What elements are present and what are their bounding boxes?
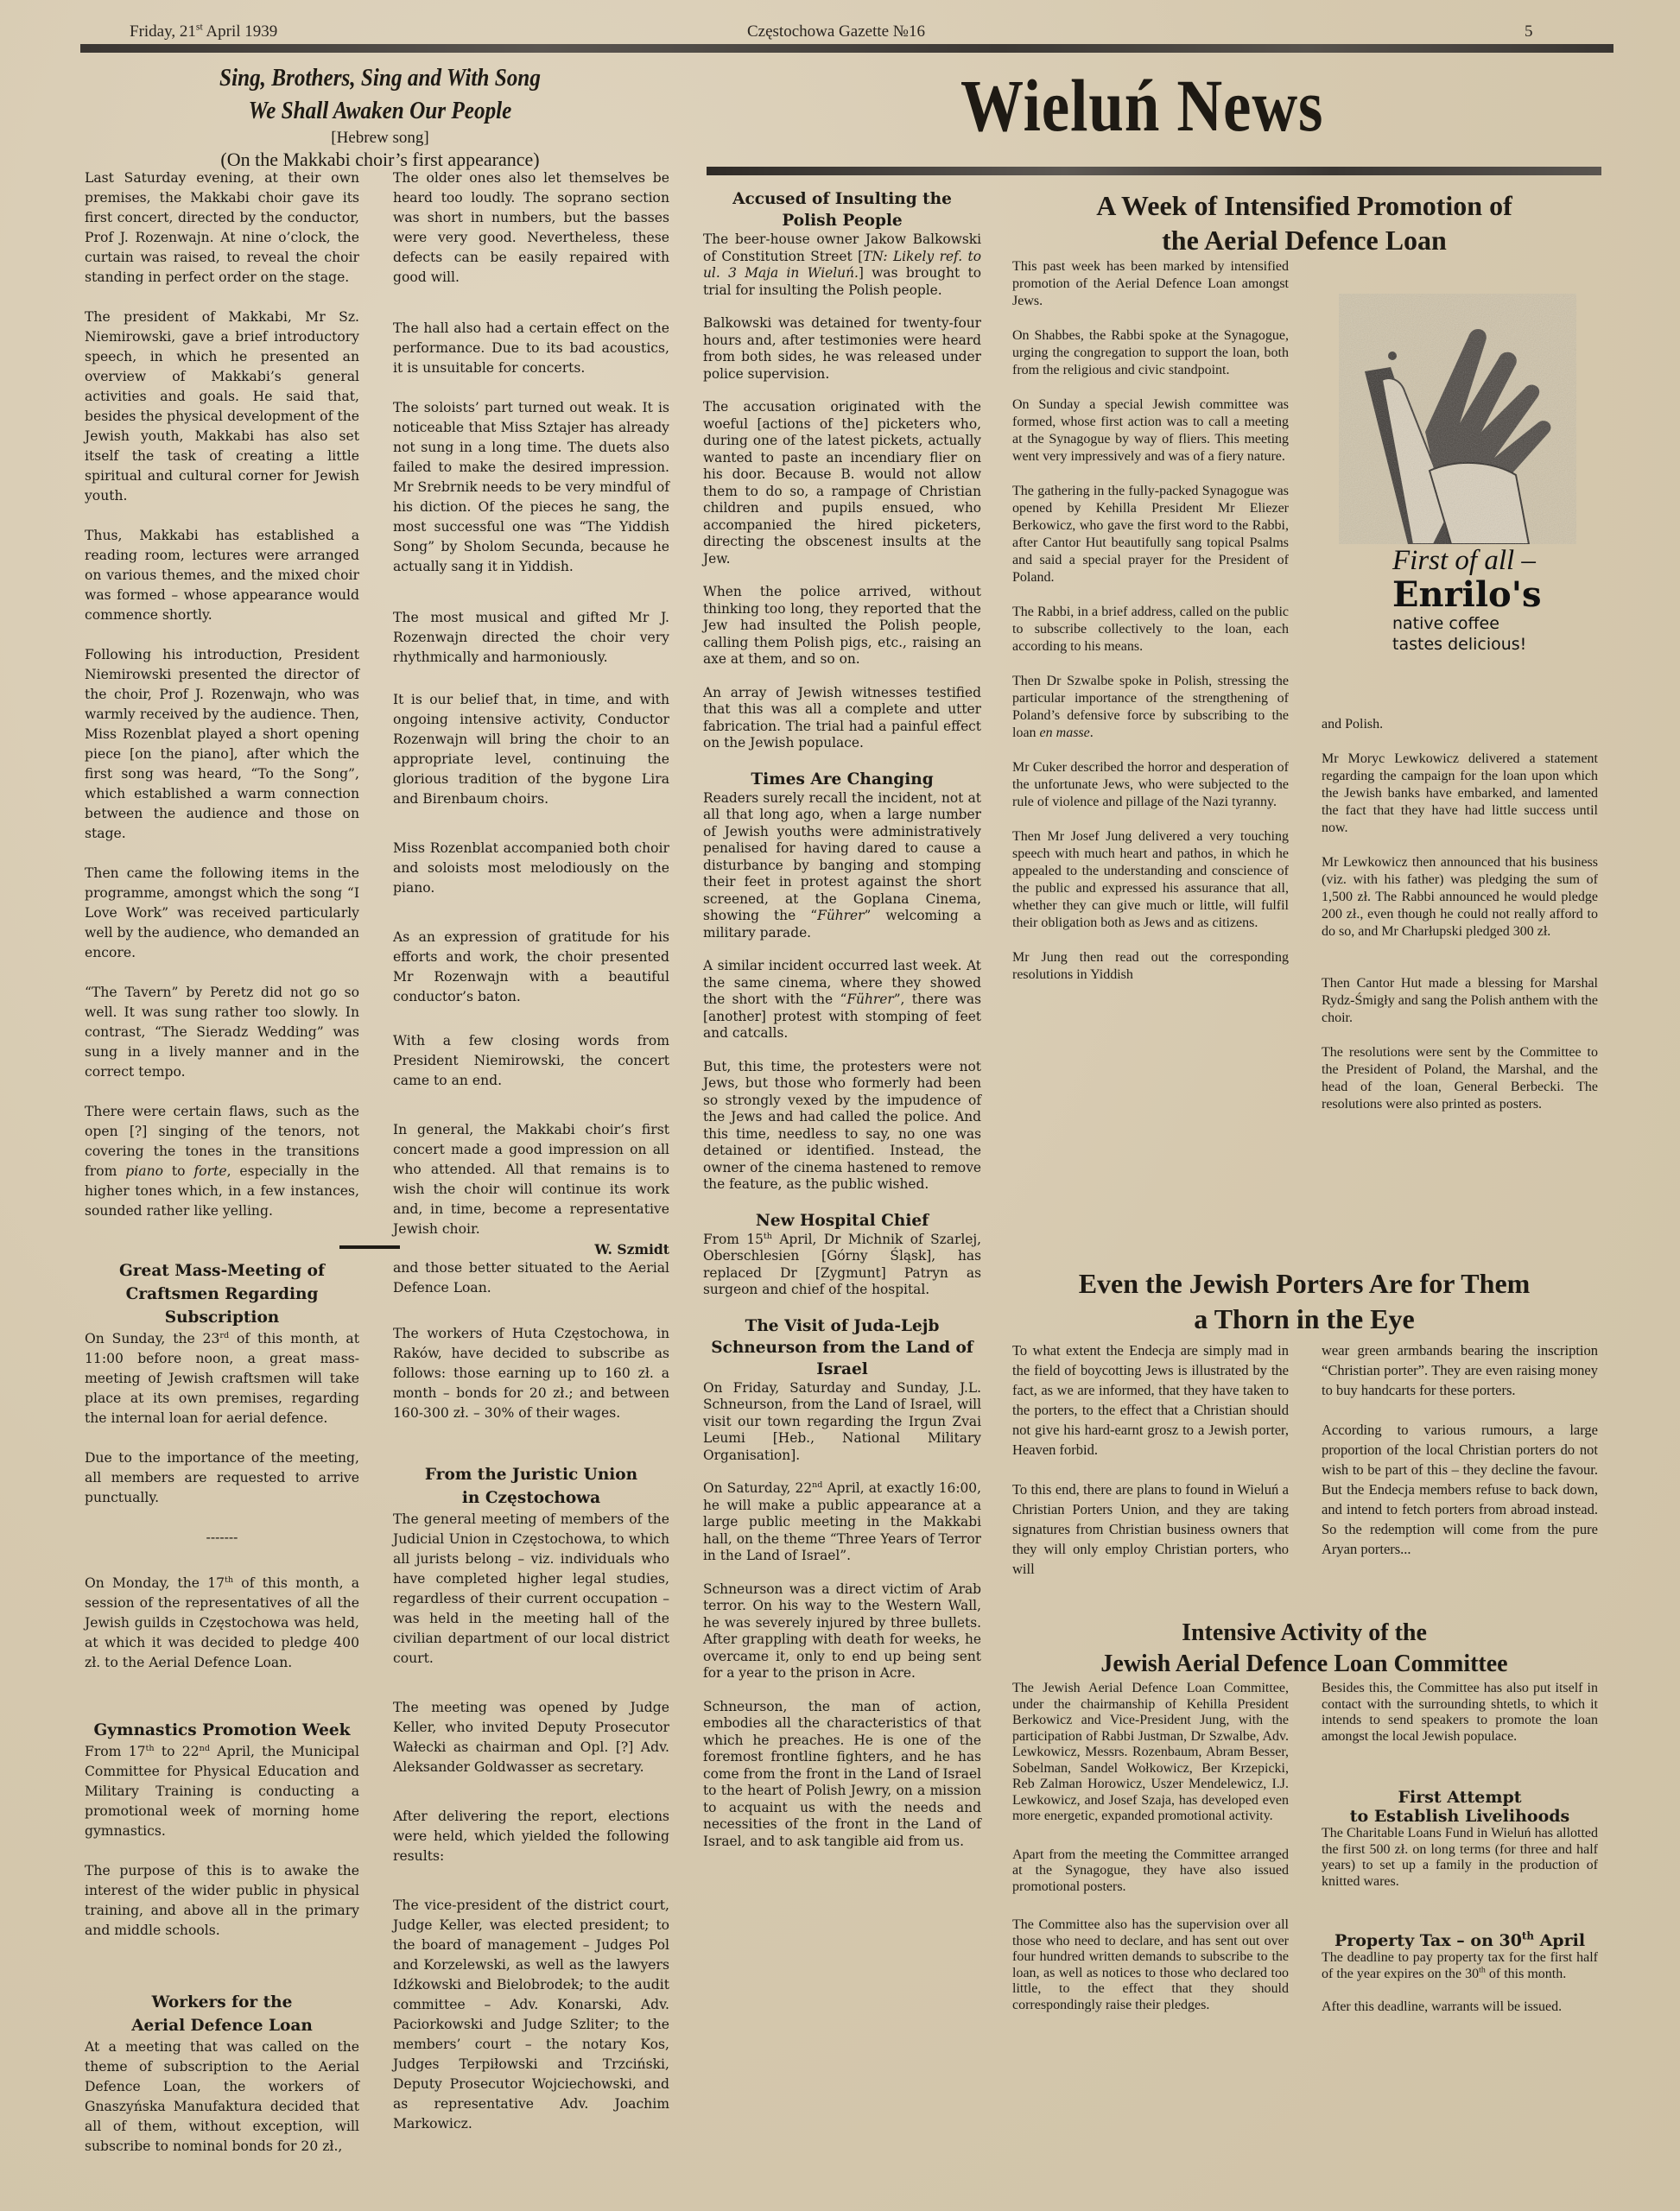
loan-week-col-right: and Polish. Mr Moryc Lewkowicz delivered… bbox=[1322, 716, 1598, 1133]
visit-title: The Visit of Juda-Lejb Schneurson from t… bbox=[703, 1315, 981, 1380]
paragraph: The president of Makkabi, Mr Sz. Niemiro… bbox=[85, 307, 359, 506]
craftsmen-title: Great Mass-Meeting of Craftsmen Regardin… bbox=[85, 1259, 359, 1329]
ad-brand: Enrilo's bbox=[1392, 577, 1582, 613]
paragraph: When the police arrived, without thinkin… bbox=[703, 584, 981, 668]
paragraph: This past week has been marked by intens… bbox=[1012, 258, 1289, 310]
paragraph: The most musical and gifted Mr J. Rozenw… bbox=[393, 608, 669, 668]
section-rule bbox=[707, 167, 1601, 175]
paragraph: Besides this, the Committee has also put… bbox=[1322, 1681, 1598, 1745]
paragraph: Then Cantor Hut made a blessing for Mars… bbox=[1322, 975, 1598, 1027]
workers-title-line1: Workers for the bbox=[85, 1991, 359, 2014]
paragraph: Schneurson was a direct victim of Arab t… bbox=[703, 1581, 981, 1682]
juristic-title-line1: From the Juristic Union bbox=[393, 1463, 669, 1486]
paragraph: The soloists’ part turned out weak. It i… bbox=[393, 398, 669, 577]
ad-line1: First of all – bbox=[1392, 544, 1582, 577]
workers-article: Workers for the Aerial Defence Loan At a… bbox=[85, 1991, 359, 2157]
choir-title-line1: Sing, Brothers, Sing and With Song bbox=[112, 62, 649, 95]
paragraph: To this end, there are plans to found in… bbox=[1012, 1479, 1289, 1579]
porters-col-right: wear green armbands bearing the inscript… bbox=[1322, 1340, 1598, 1579]
paragraph: Mr Jung then read out the corresponding … bbox=[1012, 949, 1289, 984]
paragraph: The resolutions were sent by the Committ… bbox=[1322, 1044, 1598, 1113]
wielun-col3: Accused of Insulting the Polish People T… bbox=[703, 188, 981, 1850]
paragraph: An array of Jewish witnesses testified t… bbox=[703, 685, 981, 752]
publication-title: Częstochowa Gazette №16 bbox=[747, 22, 925, 41]
paragraph: The beer-house owner Jakow Balkowski of … bbox=[703, 231, 981, 299]
header-rule bbox=[80, 44, 1613, 53]
paragraph: As an expression of gratitude for his ef… bbox=[393, 928, 669, 1007]
ad-line4: tastes delicious! bbox=[1392, 634, 1582, 655]
paragraph: The vice-president of the district court… bbox=[393, 1896, 669, 2134]
paragraph: On Shabbes, the Rabbi spoke at the Synag… bbox=[1012, 327, 1289, 379]
paragraph: Apart from the meeting the Committee arr… bbox=[1012, 1847, 1289, 1896]
porters-col-left: To what extent the Endecja are simply ma… bbox=[1012, 1340, 1289, 1599]
loan-week-heading: A Week of Intensified Promotion of the A… bbox=[1002, 188, 1607, 257]
paragraph: The Committee also has the supervision o… bbox=[1012, 1917, 1289, 2013]
paragraph: It is our belief that, in time, and with… bbox=[393, 690, 669, 809]
choir-article-col1: Last Saturday evening, at their own prem… bbox=[85, 168, 359, 1221]
committee-title-line1: Intensive Activity of the bbox=[1002, 1618, 1607, 1649]
paragraph: With a few closing words from President … bbox=[393, 1031, 669, 1091]
paragraph: To what extent the Endecja are simply ma… bbox=[1012, 1340, 1289, 1460]
paragraph: On Saturday, 22nd April, at exactly 16:0… bbox=[703, 1480, 981, 1565]
loan-week-col-left: This past week has been marked by intens… bbox=[1012, 258, 1289, 1004]
paragraph: But, this time, the protesters were not … bbox=[703, 1059, 981, 1194]
section-masthead: Wieluń News bbox=[960, 62, 1323, 149]
porters-heading: Even the Jewish Porters Are for Them a T… bbox=[1002, 1266, 1607, 1337]
paragraph: In general, the Makkabi choir’s first co… bbox=[393, 1120, 669, 1239]
article-divider bbox=[339, 1245, 400, 1249]
choir-article-heading: Sing, Brothers, Sing and With Song We Sh… bbox=[82, 62, 678, 171]
paragraph: The Jewish Aerial Defence Loan Committee… bbox=[1012, 1681, 1289, 1825]
issue-date: Friday, 21st April 1939 bbox=[130, 22, 277, 41]
gymnastics-title: Gymnastics Promotion Week bbox=[85, 1719, 359, 1742]
times-title: Times Are Changing bbox=[703, 769, 981, 790]
paragraph: and those better situated to the Aerial … bbox=[393, 1258, 669, 1298]
paragraph: Then Mr Josef Jung delivered a very touc… bbox=[1012, 828, 1289, 932]
paragraph: The purpose of this is to awake the inte… bbox=[85, 1861, 359, 1941]
paragraph: Schneurson, the man of action, embodies … bbox=[703, 1699, 981, 1851]
committee-heading: Intensive Activity of the Jewish Aerial … bbox=[1002, 1618, 1607, 1680]
paragraph: Mr Cuker described the horror and desper… bbox=[1012, 759, 1289, 811]
property-tax-title: Property Tax – on 30th April bbox=[1322, 1931, 1598, 1950]
committee-col-left: The Jewish Aerial Defence Loan Committee… bbox=[1012, 1681, 1289, 2033]
paragraph: Last Saturday evening, at their own prem… bbox=[85, 168, 359, 288]
workers-title-line2: Aerial Defence Loan bbox=[85, 2014, 359, 2037]
livelihoods-title-line2: to Establish Livelihoods bbox=[1322, 1807, 1598, 1826]
paragraph: Miss Rozenblat accompanied both choir an… bbox=[393, 839, 669, 898]
paragraph: From 15th April, Dr Michnik of Szarlej, … bbox=[703, 1232, 981, 1299]
paragraph: The Charitable Loans Fund in Wieluń has … bbox=[1322, 1826, 1598, 1890]
choir-article-col2: The older ones also let themselves be he… bbox=[393, 168, 669, 1259]
paragraph: The Rabbi, in a brief address, called on… bbox=[1012, 604, 1289, 656]
workers-article-cont: and those better situated to the Aerial … bbox=[393, 1258, 669, 2134]
paragraph: The meeting was opened by Judge Keller, … bbox=[393, 1698, 669, 1777]
paragraph: Mr Lewkowicz then announced that his bus… bbox=[1322, 854, 1598, 941]
porters-title-line2: a Thorn in the Eye bbox=[1002, 1302, 1607, 1337]
paragraph: Then came the following items in the pro… bbox=[85, 864, 359, 963]
paragraph: “The Tavern” by Peretz did not go so wel… bbox=[85, 983, 359, 1082]
paragraph: Due to the importance of the meeting, al… bbox=[85, 1448, 359, 1508]
paragraph: On Friday, Saturday and Sunday, J.L. Sch… bbox=[703, 1380, 981, 1465]
paragraph: After delivering the report, elections w… bbox=[393, 1807, 669, 1866]
signature: W. Szmidt bbox=[393, 1239, 669, 1259]
choir-subtitle: [Hebrew song] bbox=[82, 128, 678, 149]
craftsmen-article: Great Mass-Meeting of Craftsmen Regardin… bbox=[85, 1259, 359, 1693]
paragraph: Mr Moryc Lewkowicz delivered a statement… bbox=[1322, 751, 1598, 837]
loan-week-title-line2: the Aerial Defence Loan bbox=[1002, 223, 1607, 257]
paragraph: The older ones also let themselves be he… bbox=[393, 168, 669, 288]
paragraph: The deadline to pay property tax for the… bbox=[1322, 1950, 1598, 1982]
coffee-advertisement: First of all – Enrilo's native coffee ta… bbox=[1330, 285, 1581, 674]
gymnastics-article: Gymnastics Promotion Week From 17th to 2… bbox=[85, 1719, 359, 1961]
paragraph: Thus, Makkabi has established a reading … bbox=[85, 526, 359, 625]
paragraph: Then Dr Szwalbe spoke in Polish, stressi… bbox=[1012, 673, 1289, 742]
committee-title-line2: Jewish Aerial Defence Loan Committee bbox=[1002, 1649, 1607, 1680]
paragraph: After this deadline, warrants will be is… bbox=[1322, 1999, 1598, 2016]
paragraph: At a meeting that was called on the them… bbox=[85, 2037, 359, 2157]
paragraph: The accusation originated with the woefu… bbox=[703, 399, 981, 567]
paragraph: A similar incident occurred last week. A… bbox=[703, 958, 981, 1042]
accused-title-line2: Polish People bbox=[703, 210, 981, 231]
paragraph: The gathering in the fully-packed Synago… bbox=[1012, 483, 1289, 586]
paragraph: The general meeting of members of the Ju… bbox=[393, 1510, 669, 1669]
separator: ------- bbox=[85, 1528, 359, 1548]
ad-line3: native coffee bbox=[1392, 613, 1582, 634]
paragraph: and Polish. bbox=[1322, 716, 1598, 733]
juristic-title-line2: in Częstochowa bbox=[393, 1486, 669, 1510]
paragraph: There were certain flaws, such as the op… bbox=[85, 1102, 359, 1221]
hospital-title: New Hospital Chief bbox=[703, 1210, 981, 1232]
paragraph: According to various rumours, a large pr… bbox=[1322, 1420, 1598, 1559]
porters-title-line1: Even the Jewish Porters Are for Them bbox=[1002, 1266, 1607, 1302]
paragraph: Balkowski was detained for twenty-four h… bbox=[703, 315, 981, 383]
livelihoods-title-line1: First Attempt bbox=[1322, 1788, 1598, 1807]
hand-illustration-icon bbox=[1330, 285, 1581, 544]
paragraph: Readers surely recall the incident, not … bbox=[703, 790, 981, 942]
paragraph: The workers of Huta Częstochowa, in Rakó… bbox=[393, 1324, 669, 1423]
paragraph: From 17th to 22nd April, the Municipal C… bbox=[85, 1742, 359, 1841]
accused-title-line1: Accused of Insulting the bbox=[703, 188, 981, 210]
paragraph: Following his introduction, President Ni… bbox=[85, 645, 359, 844]
loan-week-title-line1: A Week of Intensified Promotion of bbox=[1002, 188, 1607, 223]
paragraph: The hall also had a certain effect on th… bbox=[393, 319, 669, 378]
paragraph: wear green armbands bearing the inscript… bbox=[1322, 1340, 1598, 1400]
paragraph: On Monday, the 17th of this month, a ses… bbox=[85, 1574, 359, 1673]
paragraph: On Sunday, the 23rd of this month, at 11… bbox=[85, 1329, 359, 1429]
committee-col-right: Besides this, the Committee has also put… bbox=[1322, 1681, 1598, 2036]
paragraph: On Sunday a special Jewish committee was… bbox=[1012, 396, 1289, 466]
choir-title-line2: We Shall Awaken Our People bbox=[112, 95, 649, 128]
page-number: 5 bbox=[1525, 22, 1533, 41]
